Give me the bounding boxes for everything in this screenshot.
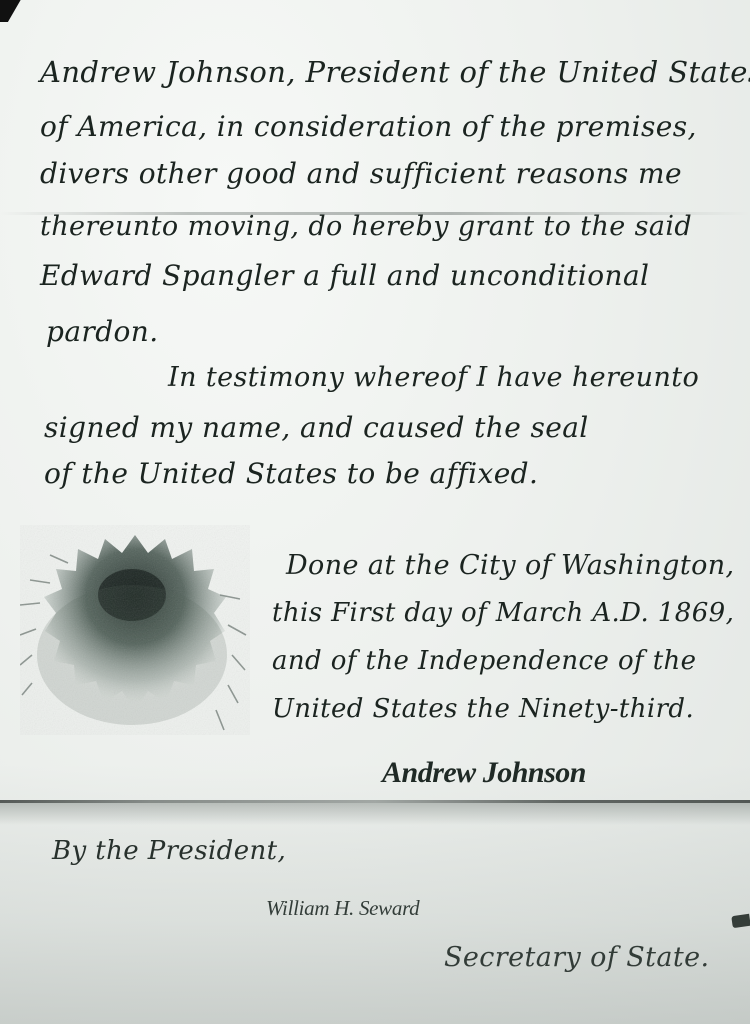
body-line-6: pardon.	[46, 318, 159, 346]
dated-line-2: this First day of March A.D. 1869,	[272, 600, 734, 626]
edge-ink-mark	[731, 914, 750, 928]
pardon-document: Andrew Johnson, President of the United …	[0, 0, 750, 1024]
paper-fold-shadow	[0, 803, 750, 825]
dated-line-3: and of the Independence of the	[272, 648, 696, 674]
body-line-4: thereunto moving, do hereby grant to the…	[40, 213, 692, 240]
dated-line-4: United States the Ninety-third.	[272, 696, 694, 722]
testimony-line-1: In testimony whereof I have hereunto	[168, 364, 699, 391]
seal-of-united-states	[20, 525, 250, 735]
body-line-5: Edward Spangler a full and unconditional	[40, 262, 649, 290]
testimony-line-3: of the United States to be affixed.	[44, 460, 538, 488]
by-the-president-label: By the President,	[52, 838, 286, 864]
body-line-3: divers other good and sufficient reasons…	[40, 160, 682, 188]
body-line-1: Andrew Johnson, President of the United …	[40, 58, 750, 87]
page-corner-shadow	[0, 0, 24, 22]
testimony-line-2: signed my name, and caused the seal	[44, 414, 589, 442]
secretary-signature: William H. Seward	[266, 896, 419, 921]
president-signature: Andrew Johnson	[382, 756, 586, 790]
secretary-of-state-title: Secretary of State.	[444, 944, 709, 971]
body-line-2: of America, in consideration of the prem…	[40, 113, 697, 141]
dated-line-1: Done at the City of Washington,	[286, 552, 735, 579]
